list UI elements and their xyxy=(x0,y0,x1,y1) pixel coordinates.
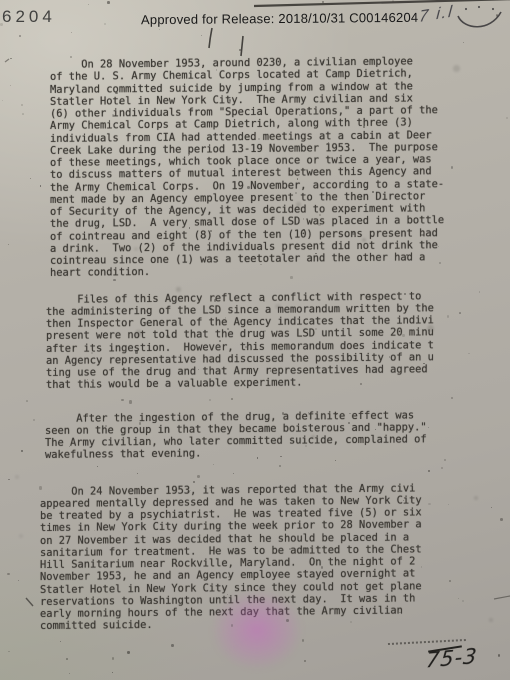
handwritten-scribble: 7 i.l xyxy=(418,3,454,27)
pen-arc-mark xyxy=(458,12,501,27)
memo-body: On 28 November 1953, around 0230, a civi… xyxy=(0,55,510,633)
release-stamp: Approved for Release: 2018/10/31 C001462… xyxy=(141,10,418,27)
tick-mark xyxy=(241,36,243,56)
corner-document-number: 6204 xyxy=(2,7,56,27)
paper-edge-line xyxy=(254,0,510,8)
memo-paragraph-4: On 24 November 1953, it was reported tha… xyxy=(40,481,510,633)
scanned-document-page: 6204 Approved for Release: 2018/10/31 C0… xyxy=(0,0,510,680)
tick-mark xyxy=(209,28,212,48)
memo-paragraph-1: On 28 November 1953, around 0230, a civi… xyxy=(50,55,510,280)
memo-paragraph-3: After the ingestion of the drug, a defin… xyxy=(45,408,510,461)
memo-paragraph-2: Files of this Agency reflect a conflict … xyxy=(46,289,510,391)
